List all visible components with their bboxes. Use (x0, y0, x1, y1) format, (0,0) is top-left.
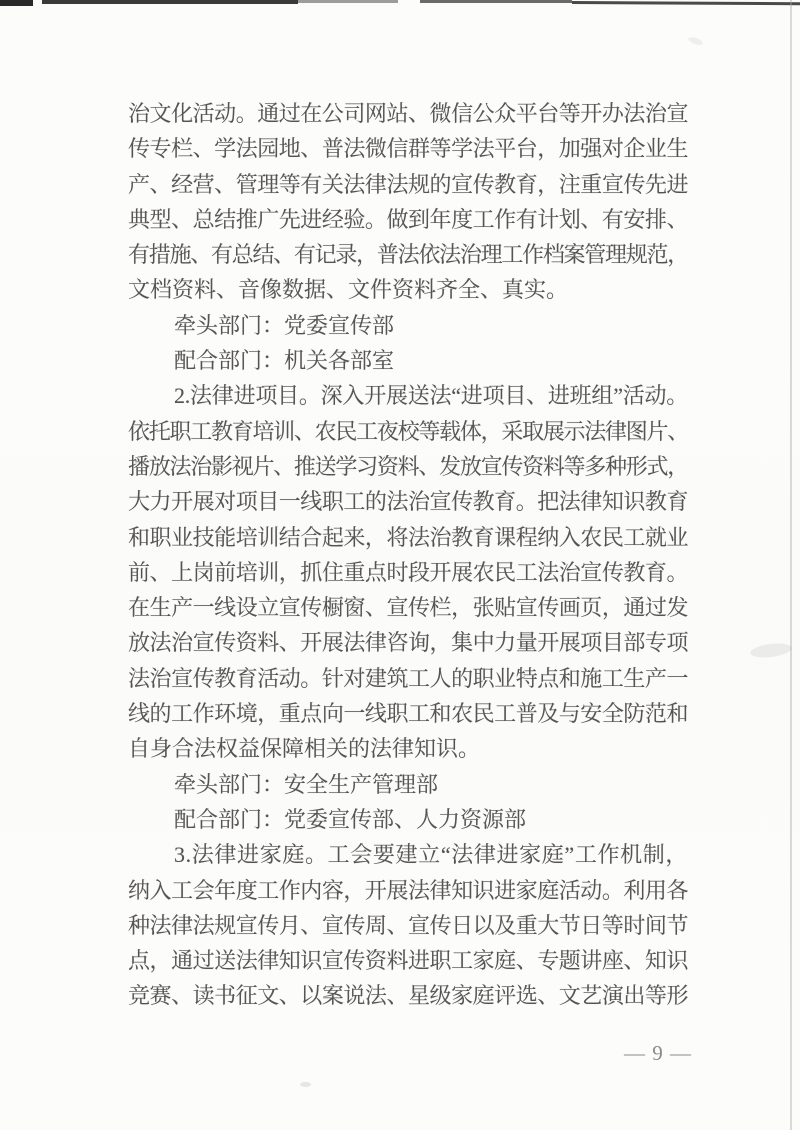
scanned-document-page: 治文化活动。通过在公司网站、微信公众平台等开办法治宣传专栏、学法园地、普法微信群… (0, 0, 800, 1130)
scan-smudge (300, 1082, 311, 1087)
text-line: 线的工作环境，重点向一线职工和农民工普及与安全防范和 (128, 696, 690, 731)
text-line: 产、经营、管理等有关法律法规的宣传教育，注重宣传先进 (128, 167, 690, 202)
text-line: 传专栏、学法园地、普法微信群等学法平台，加强对企业生 (128, 131, 690, 166)
text-line: 有措施、有总结、有记录，普法依法治理工作档案管理规范， (128, 237, 690, 272)
text-line: 点，通过送法律知识宣传资料进职工家庭、专题讲座、知识 (128, 943, 690, 978)
scan-edge-segment (0, 0, 33, 6)
text-line: 纳入工会年度工作内容，开展法律知识进家庭活动。利用各 (128, 873, 690, 908)
scan-edge-segment (420, 0, 572, 3)
text-line: 配合部门：机关各部室 (128, 343, 690, 378)
text-line: 竞赛、读书征文、以案说法、星级家庭评选、文艺演出等形 (128, 978, 690, 1013)
text-line: 法治宣传教育活动。针对建筑工人的职业特点和施工生产一 (128, 661, 690, 696)
text-line: 放法治宣传资料、开展法律咨询，集中力量开展项目部专项 (128, 625, 690, 660)
scan-edge-segment (42, 0, 298, 4)
document-body: 治文化活动。通过在公司网站、微信公众平台等开办法治宣传专栏、学法园地、普法微信群… (128, 96, 690, 1014)
text-line: 播放法治影视片、推送学习资料、发放宣传资料等多种形式， (128, 449, 690, 484)
text-line: 在生产一线设立宣传橱窗、宣传栏，张贴宣传画页，通过发 (128, 590, 690, 625)
text-line: 前、上岗前培训，抓住重点时段开展农民工法治宣传教育。 (128, 555, 690, 590)
text-line: 种法律法规宣传月、宣传周、宣传日以及重大节日等时间节 (128, 908, 690, 943)
text-line: 和职业技能培训结合起来，将法治教育课程纳入农民工就业 (128, 520, 690, 555)
text-line: 依托职工教育培训、农民工夜校等载体，采取展示法律图片、 (128, 414, 690, 449)
scan-edge-line (790, 0, 792, 1130)
text-line: 自身合法权益保障相关的法律知识。 (128, 731, 690, 766)
page-number: — 9 — (612, 1041, 704, 1066)
text-line: 牵头部门：安全生产管理部 (128, 767, 690, 802)
text-line: 2.法律进项目。深入开展送法“进项目、进班组”活动。 (128, 378, 690, 413)
scan-edge-segment (572, 1, 800, 5)
text-line: 大力开展对项目一线职工的法治宣传教育。把法律知识教育 (128, 484, 690, 519)
text-line: 3.法律进家庭。工会要建立“法律进家庭”工作机制， (128, 837, 690, 872)
scan-edge-artifact (0, 0, 800, 10)
scan-smudge (749, 641, 792, 659)
text-line: 牵头部门：党委宣传部 (128, 308, 690, 343)
text-line: 典型、总结推广先进经验。做到年度工作有计划、有安排、 (128, 202, 690, 237)
scan-smudge (687, 36, 703, 47)
text-line: 配合部门：党委宣传部、人力资源部 (128, 802, 690, 837)
scan-edge-segment (298, 0, 398, 3)
text-line: 治文化活动。通过在公司网站、微信公众平台等开办法治宣 (128, 96, 690, 131)
text-line: 文档资料、音像数据、文件资料齐全、真实。 (128, 272, 690, 307)
